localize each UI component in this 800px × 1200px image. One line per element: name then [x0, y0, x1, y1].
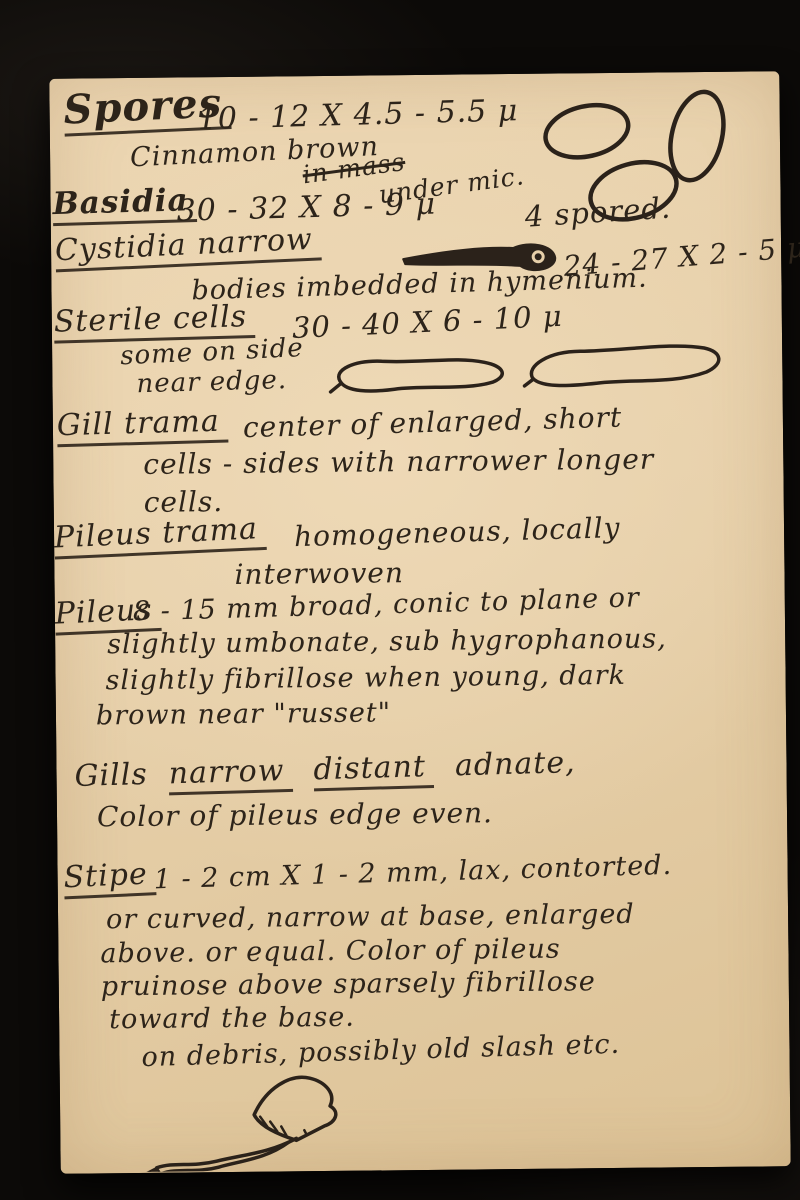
stipe-line6: on debris, possibly old slash etc. — [141, 1031, 620, 1073]
gill-trama-line1: center of enlarged, short — [243, 403, 623, 443]
mushroom-sketch — [130, 1067, 431, 1172]
photo-background: { "colors": { "background": "#0c0a08", "… — [0, 0, 800, 1200]
pileus-line4: brown near "russet" — [96, 699, 391, 730]
gills-label: Gills — [74, 757, 148, 794]
gills-word-narrow: narrow — [168, 755, 293, 795]
stipe-line5: toward the base. — [109, 1004, 355, 1035]
gill-trama-line2: cells - sides with narrower longer — [143, 445, 654, 480]
basidia-spored: 4 spored. — [524, 193, 672, 233]
stipe-line1: 1 - 2 cm X 1 - 2 mm, lax, contorted. — [153, 852, 672, 895]
pileus-line2: slightly umbonate, sub hygrophanous, — [107, 625, 667, 659]
pileus-line3: slightly fibrillose when young, dark — [105, 662, 626, 696]
pileus-trama-line2: interwoven — [234, 558, 404, 589]
sterile-cells-note2: near edge. — [136, 367, 287, 398]
pileus-trama-line1: homogeneous, locally — [294, 513, 621, 551]
gill-trama-label: Gill trama — [56, 406, 228, 447]
gills-word-adnate: adnate, — [454, 745, 576, 783]
gills-line: Gills narrow distant adnate, — [74, 747, 576, 797]
gills-word-distant: distant — [313, 751, 434, 791]
sterile-cell-sketch-left — [324, 346, 515, 400]
stipe-line2: or curved, narrow at base, enlarged — [106, 901, 635, 935]
cystidia-label: Cystidia narrow — [54, 223, 321, 272]
sterile-cell-sketch-right — [520, 334, 731, 396]
gills-line2: Color of pileus edge even. — [97, 798, 493, 832]
basidia-label: Basidia — [52, 184, 197, 226]
pileus-trama-label: Pileus trama — [53, 513, 266, 559]
stipe-line3: above. or equal. Color of pileus — [100, 936, 561, 969]
cystidia-line2: bodies imbedded in hymenium. — [191, 265, 648, 306]
spores-size: 10 - 12 X 4.5 - 5.5 μ — [197, 95, 518, 135]
stipe-label: Stipe — [63, 858, 157, 899]
pileus-line1: 8 - 15 mm broad, conic to plane or — [133, 584, 641, 626]
stipe-line4: pruinose above sparsely fibrillose — [101, 968, 596, 1002]
handwritten-note-card: Spores 10 - 12 X 4.5 - 5.5 μ Cinnamon br… — [49, 71, 790, 1174]
